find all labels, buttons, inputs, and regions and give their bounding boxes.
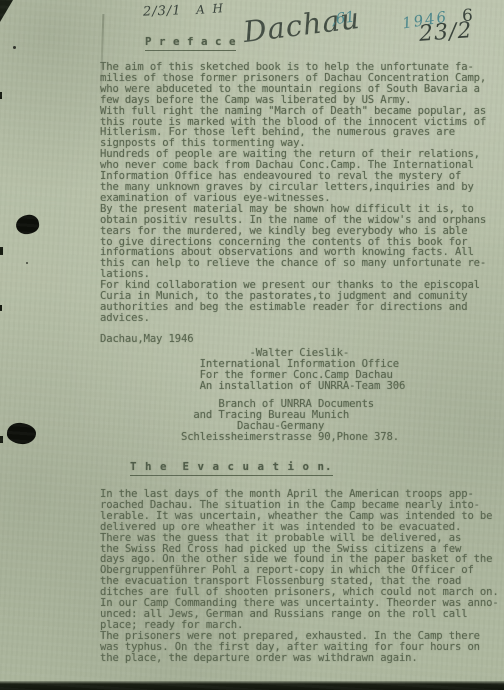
hole-punch-bottom	[6, 422, 37, 445]
annotation-ref: 2/3/1	[143, 3, 182, 19]
edge-mark-2	[0, 247, 3, 255]
ink-dot	[13, 46, 16, 49]
dateline: Dachau,May 1946	[100, 334, 193, 345]
scanned-document-page: P r e f a c e The aim of this sketched b…	[0, 0, 504, 690]
signature-block: -Walter Cieslik- International Informati…	[100, 348, 504, 392]
preface-heading: P r e f a c e	[145, 37, 236, 51]
annotation-initials: A H	[196, 1, 226, 17]
edge-mark-4	[0, 436, 3, 443]
evacuation-heading: T h e E v a c u a t i o n.	[130, 462, 333, 476]
bottom-scan-band	[0, 681, 504, 690]
hole-punch-top	[15, 213, 40, 235]
office-block: Branch of UNRRA Documents and Tracing Bu…	[100, 399, 504, 443]
ink-dot-small	[26, 262, 28, 264]
annotation-fraction: 23/2	[418, 18, 473, 47]
corner-stain	[0, 0, 13, 22]
edge-mark-3	[0, 305, 2, 311]
preface-body: The aim of this sketched book is to help…	[100, 62, 504, 324]
evacuation-body: In the last days of the month April the …	[100, 489, 504, 664]
edge-mark-1	[0, 92, 2, 99]
annotation-number-blue: ,61	[330, 7, 356, 28]
